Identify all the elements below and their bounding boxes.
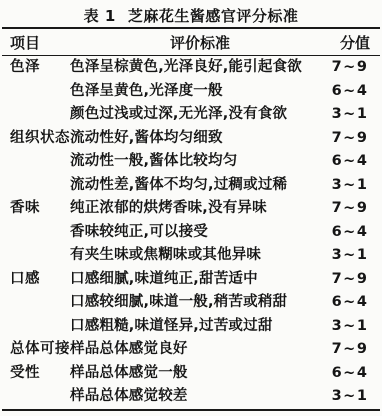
table-row: 口感口感细腻,味道纯正,甜苦适中7~9	[2, 268, 380, 292]
criteria-cell: 口感粗糙,味道怪异,过苦或过甜	[70, 315, 330, 339]
score-cell: 6~4	[330, 291, 380, 315]
table-row: 香味纯正浓郁的烘烤香味,没有异味7~9	[2, 197, 380, 221]
score-cell: 6~4	[330, 80, 380, 104]
score-cell: 7~9	[330, 268, 380, 292]
score-cell: 6~4	[330, 150, 380, 174]
criteria-cell: 流动性一般,酱体比较均匀	[70, 150, 330, 174]
table-body: 色泽色泽呈棕黄色,光泽良好,能引起食欲7~9色泽呈黄色,光泽度一般6~4颜色过浅…	[2, 56, 380, 410]
table-header: 项目 评价标准 分值	[2, 28, 380, 56]
criteria-cell: 有夹生味或焦糊味或其他异味	[70, 244, 330, 268]
score-cell: 3~1	[330, 315, 380, 339]
header-item: 项目	[2, 28, 70, 56]
sensory-score-table: 项目 评价标准 分值 色泽色泽呈棕黄色,光泽良好,能引起食欲7~9色泽呈黄色,光…	[2, 27, 380, 411]
scanned-table-page: 表 1芝麻花生酱感官评分标准 项目 评价标准 分值 色泽色泽呈棕黄色,光泽良好,…	[0, 0, 382, 416]
criteria-cell: 口感细腻,味道纯正,甜苦适中	[70, 268, 330, 292]
criteria-cell: 样品总体感觉较差	[70, 385, 330, 410]
criteria-cell: 口感较细腻,味道一般,稍苦或稍甜	[70, 291, 330, 315]
score-cell: 3~1	[330, 174, 380, 198]
criteria-cell: 颜色过浅或过深,无光泽,没有食欲	[70, 103, 330, 127]
criteria-cell: 样品总体感觉良好	[70, 338, 330, 362]
score-cell: 3~1	[330, 103, 380, 127]
table-number: 表 1	[84, 7, 116, 25]
item-cell: 色泽	[2, 56, 70, 127]
criteria-cell: 样品总体感觉一般	[70, 362, 330, 386]
score-cell: 7~9	[330, 56, 380, 80]
score-cell: 3~1	[330, 385, 380, 410]
table-row: 组织状态流动性好,酱体均匀细致7~9	[2, 127, 380, 151]
header-row: 项目 评价标准 分值	[2, 28, 380, 56]
criteria-cell: 流动性差,酱体不均匀,过稠或过稀	[70, 174, 330, 198]
item-cell: 组织状态	[2, 127, 70, 198]
table-row: 总体可接受性样品总体感觉良好7~9	[2, 338, 380, 362]
table-row: 色泽色泽呈棕黄色,光泽良好,能引起食欲7~9	[2, 56, 380, 80]
header-score: 分值	[330, 28, 380, 56]
header-criteria: 评价标准	[70, 28, 330, 56]
score-cell: 6~4	[330, 362, 380, 386]
score-cell: 7~9	[330, 338, 380, 362]
criteria-cell: 流动性好,酱体均匀细致	[70, 127, 330, 151]
table-title-text: 芝麻花生酱感官评分标准	[128, 7, 299, 25]
table-title: 表 1芝麻花生酱感官评分标准	[0, 0, 382, 27]
item-cell: 总体可接受性	[2, 338, 70, 410]
score-cell: 3~1	[330, 244, 380, 268]
score-cell: 6~4	[330, 221, 380, 245]
criteria-cell: 色泽呈黄色,光泽度一般	[70, 80, 330, 104]
item-cell: 口感	[2, 268, 70, 339]
criteria-cell: 色泽呈棕黄色,光泽良好,能引起食欲	[70, 56, 330, 80]
item-cell: 香味	[2, 197, 70, 268]
score-cell: 7~9	[330, 127, 380, 151]
criteria-cell: 纯正浓郁的烘烤香味,没有异味	[70, 197, 330, 221]
criteria-cell: 香味较纯正,可以接受	[70, 221, 330, 245]
score-cell: 7~9	[330, 197, 380, 221]
